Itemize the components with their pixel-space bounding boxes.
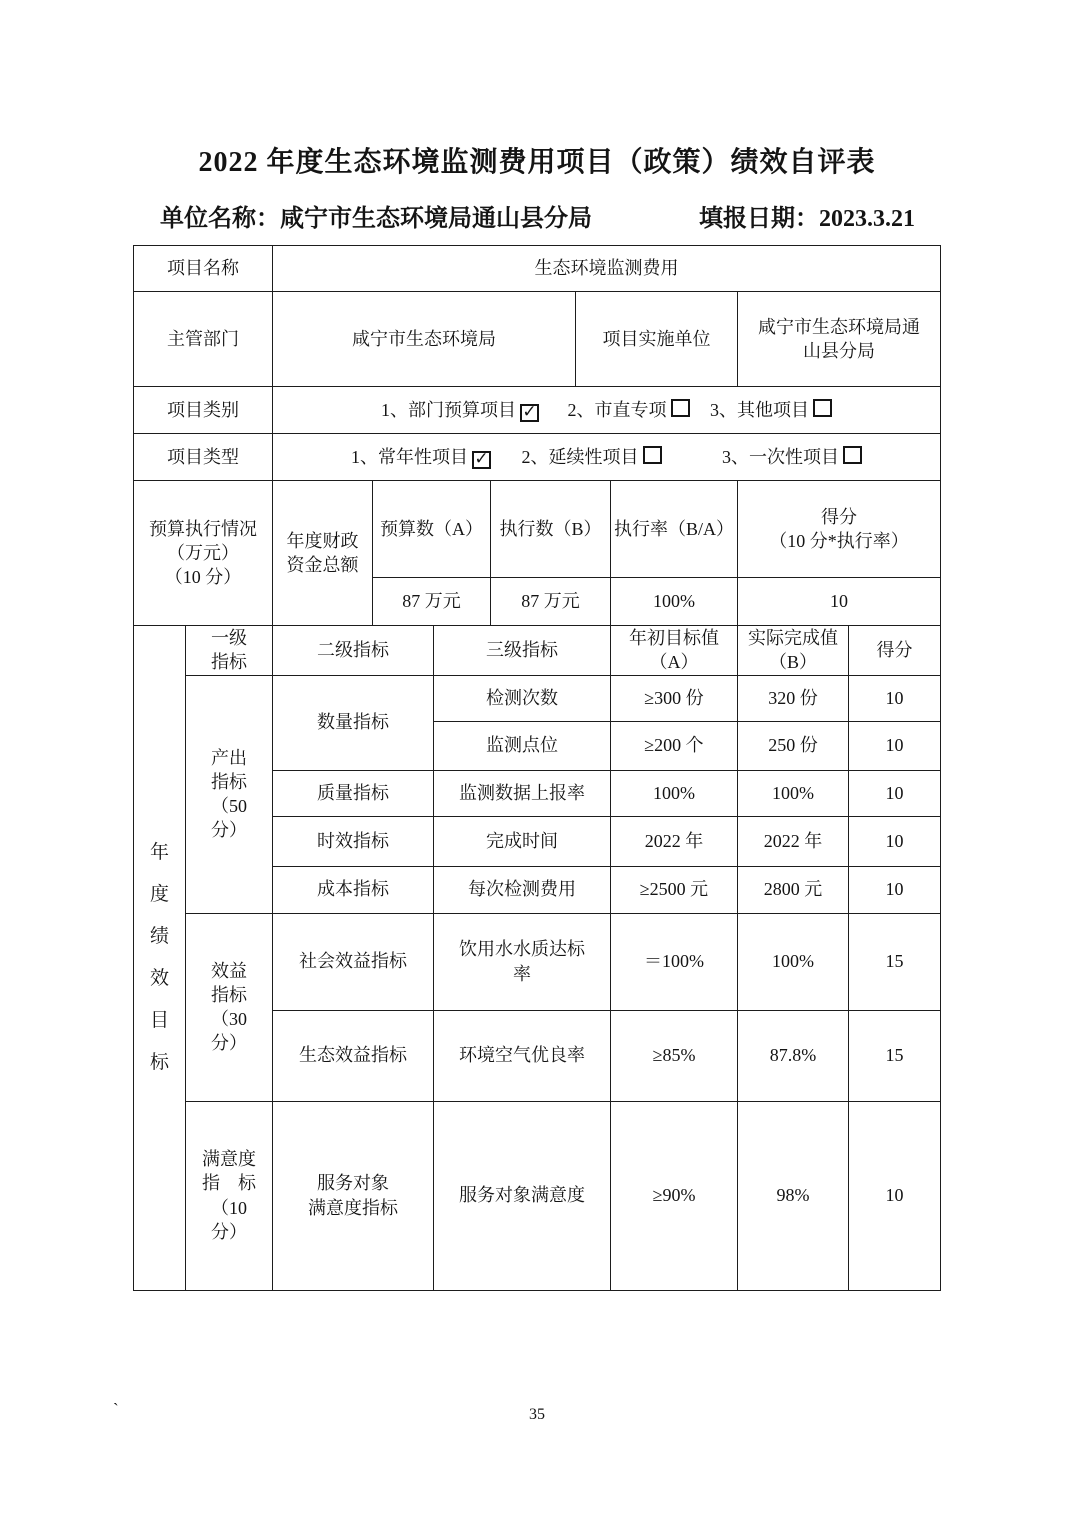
output-group-line1: 产出 xyxy=(211,748,247,768)
indicator-row-score: 15 xyxy=(849,1010,941,1101)
budget-amount-value: 87 万元 xyxy=(373,578,491,626)
benefit-group-line2: 指标 xyxy=(211,985,247,1005)
budget-score-header-line1: 得分 xyxy=(821,507,857,527)
indicator-row-target: ≥300 份 xyxy=(611,675,738,721)
quality-indicator-label: 质量指标 xyxy=(273,770,434,816)
execution-amount-header: 执行数（B） xyxy=(491,481,611,578)
ecological-benefit-indicator-label: 生态效益指标 xyxy=(273,1010,434,1101)
project-type-label: 项目类型 xyxy=(134,434,273,481)
social-benefit-indicator-label: 社会效益指标 xyxy=(273,913,434,1010)
benefit-group-line3: （30 xyxy=(211,1009,247,1029)
benefit-indicator-group-label: 效益 指标 （30 分） xyxy=(186,913,273,1101)
category-option-1-label: 1、部门预算项目 xyxy=(381,400,516,420)
project-type-options: 1、常年性项目✓ 2、延续性项目 3、一次性项目 xyxy=(273,434,941,481)
indicator-row-actual: 87.8% xyxy=(738,1010,849,1101)
quantity-indicator-label: 数量指标 xyxy=(273,675,434,770)
checkbox-unchecked-icon xyxy=(843,446,862,464)
level1-header-line2: 指标 xyxy=(211,652,247,672)
annual-fund-total-label: 年度财政 资金总额 xyxy=(273,481,373,626)
indicator-row-level3: 监测点位 xyxy=(434,721,611,770)
type-option-2-label: 2、延续性项目 xyxy=(522,447,639,467)
indicator-row-actual: 250 份 xyxy=(738,721,849,770)
category-option-3-label: 3、其他项目 xyxy=(710,400,809,420)
service-target-satisfaction-label: 服务对象 满意度指标 xyxy=(273,1101,434,1290)
indicator-row-actual: 2022 年 xyxy=(738,816,849,866)
document-page: 2022 年度生态环境监测费用项目（政策）绩效自评表 单位名称：咸宁市生态环境局… xyxy=(0,0,1074,1520)
satisfaction-group-line4: 分） xyxy=(211,1222,247,1242)
indicator-row-level3: 检测次数 xyxy=(434,675,611,721)
document-title: 2022 年度生态环境监测费用项目（政策）绩效自评表 xyxy=(0,140,1074,180)
budget-label-line3: （10 分） xyxy=(165,567,242,587)
budget-label-line1: 预算执行情况 xyxy=(149,519,257,539)
indicator-row-actual: 98% xyxy=(738,1101,849,1290)
indicator-row-target: 100% xyxy=(611,770,738,816)
indicator-row-level3: 服务对象满意度 xyxy=(434,1101,611,1290)
annual-performance-goal-text: 年度绩效目标 xyxy=(149,832,170,1084)
output-group-line3: （50 xyxy=(211,796,247,816)
indicator-row-actual: 100% xyxy=(738,913,849,1010)
project-category-label: 项目类别 xyxy=(134,387,273,434)
indicator-row-target: ≥85% xyxy=(611,1010,738,1101)
satisfaction-group-line1: 满意度 xyxy=(202,1149,256,1169)
level3-indicator-header: 三级指标 xyxy=(434,626,611,676)
level2-line2: 满意度指标 xyxy=(308,1198,398,1218)
budget-score-header-line2: （10 分*执行率） xyxy=(769,531,909,551)
implementing-unit-value: 咸宁市生态环境局通 山县分局 xyxy=(738,292,941,387)
unit-name-label: 单位名称：咸宁市生态环境局通山县分局 xyxy=(160,198,592,233)
target-value-header: 年初目标值 （A） xyxy=(611,626,738,676)
timeliness-indicator-label: 时效指标 xyxy=(273,816,434,866)
checkbox-checked-icon: ✓ xyxy=(520,404,539,422)
implementing-unit-label: 项目实施单位 xyxy=(576,292,738,387)
report-date-label: 填报日期：2023.3.21 xyxy=(699,198,915,233)
project-category-options: 1、部门预算项目✓ 2、市直专项 3、其他项目 xyxy=(273,387,941,434)
checkbox-unchecked-icon xyxy=(813,399,832,417)
cost-indicator-label: 成本指标 xyxy=(273,866,434,913)
indicator-row-actual: 320 份 xyxy=(738,675,849,721)
indicator-row-target: ≥2500 元 xyxy=(611,866,738,913)
level1-header-line1: 一级 xyxy=(211,628,247,648)
supervising-dept-value: 咸宁市生态环境局 xyxy=(273,292,576,387)
level3-line1: 饮用水水质达标 xyxy=(459,939,585,959)
output-group-line2: 指标 xyxy=(211,772,247,792)
benefit-group-line1: 效益 xyxy=(211,961,247,981)
actual-header-line1: 实际完成值 xyxy=(748,628,838,648)
execution-rate-value: 100% xyxy=(611,578,738,626)
budget-score-header: 得分 （10 分*执行率） xyxy=(738,481,941,578)
indicator-row-actual: 2800 元 xyxy=(738,866,849,913)
level3-line2: 率 xyxy=(513,964,531,984)
target-header-line2: （A） xyxy=(650,652,699,672)
checkbox-checked-icon: ✓ xyxy=(472,451,491,469)
self-evaluation-table: 项目名称 生态环境监测费用 主管部门 咸宁市生态环境局 项目实施单位 咸宁市生态… xyxy=(133,245,941,1291)
level1-indicator-header: 一级 指标 xyxy=(186,626,273,676)
fund-label-line2: 资金总额 xyxy=(287,555,359,575)
output-group-line4: 分） xyxy=(211,820,247,840)
implementing-unit-line2: 山县分局 xyxy=(803,341,875,361)
indicator-row-actual: 100% xyxy=(738,770,849,816)
indicator-row-level3: 环境空气优良率 xyxy=(434,1010,611,1101)
indicator-row-level3: 每次检测费用 xyxy=(434,866,611,913)
satisfaction-indicator-group-label: 满意度 指 标 （10 分） xyxy=(186,1101,273,1290)
budget-score-value: 10 xyxy=(738,578,941,626)
implementing-unit-line1: 咸宁市生态环境局通 xyxy=(758,317,920,337)
annual-performance-goal-side-label: 年度绩效目标 xyxy=(134,626,186,1291)
fund-label-line1: 年度财政 xyxy=(287,531,359,551)
indicator-row-score: 10 xyxy=(849,866,941,913)
actual-header-line2: （B） xyxy=(769,652,817,672)
indicator-row-score: 10 xyxy=(849,721,941,770)
checkbox-unchecked-icon xyxy=(643,446,662,464)
execution-amount-value: 87 万元 xyxy=(491,578,611,626)
indicator-row-target: ≥200 个 xyxy=(611,721,738,770)
budget-label-line2: （万元） xyxy=(167,543,239,563)
level2-line1: 服务对象 xyxy=(317,1173,389,1193)
indicator-row-target: ＝100% xyxy=(611,913,738,1010)
benefit-group-line4: 分） xyxy=(211,1033,247,1053)
budget-amount-header: 预算数（A） xyxy=(373,481,491,578)
project-name-label: 项目名称 xyxy=(134,246,273,292)
indicator-row-score: 10 xyxy=(849,770,941,816)
indicator-row-score: 10 xyxy=(849,1101,941,1290)
indicator-row-score: 15 xyxy=(849,913,941,1010)
output-indicator-group-label: 产出 指标 （50 分） xyxy=(186,675,273,913)
level2-indicator-header: 二级指标 xyxy=(273,626,434,676)
indicator-row-level3: 完成时间 xyxy=(434,816,611,866)
indicator-row-level3: 监测数据上报率 xyxy=(434,770,611,816)
supervising-dept-label: 主管部门 xyxy=(134,292,273,387)
satisfaction-group-line2: 指 标 xyxy=(202,1173,256,1193)
satisfaction-group-line3: （10 xyxy=(211,1198,247,1218)
indicator-row-score: 10 xyxy=(849,816,941,866)
indicator-row-target: ≥90% xyxy=(611,1101,738,1290)
document-subtitle: 单位名称：咸宁市生态环境局通山县分局 填报日期：2023.3.21 xyxy=(160,198,915,233)
budget-execution-label: 预算执行情况 （万元） （10 分） xyxy=(134,481,273,626)
indicator-row-target: 2022 年 xyxy=(611,816,738,866)
checkbox-unchecked-icon xyxy=(671,399,690,417)
type-option-1-label: 1、常年性项目 xyxy=(351,447,468,467)
actual-value-header: 实际完成值 （B） xyxy=(738,626,849,676)
execution-rate-header: 执行率（B/A） xyxy=(611,481,738,578)
indicator-row-score: 10 xyxy=(849,675,941,721)
project-name-value: 生态环境监测费用 xyxy=(273,246,941,292)
target-header-line1: 年初目标值 xyxy=(629,628,719,648)
score-header: 得分 xyxy=(849,626,941,676)
indicator-row-level3: 饮用水水质达标 率 xyxy=(434,913,611,1010)
category-option-2-label: 2、市直专项 xyxy=(568,400,667,420)
page-number: 35 xyxy=(0,1406,1074,1424)
type-option-3-label: 3、一次性项目 xyxy=(722,447,839,467)
